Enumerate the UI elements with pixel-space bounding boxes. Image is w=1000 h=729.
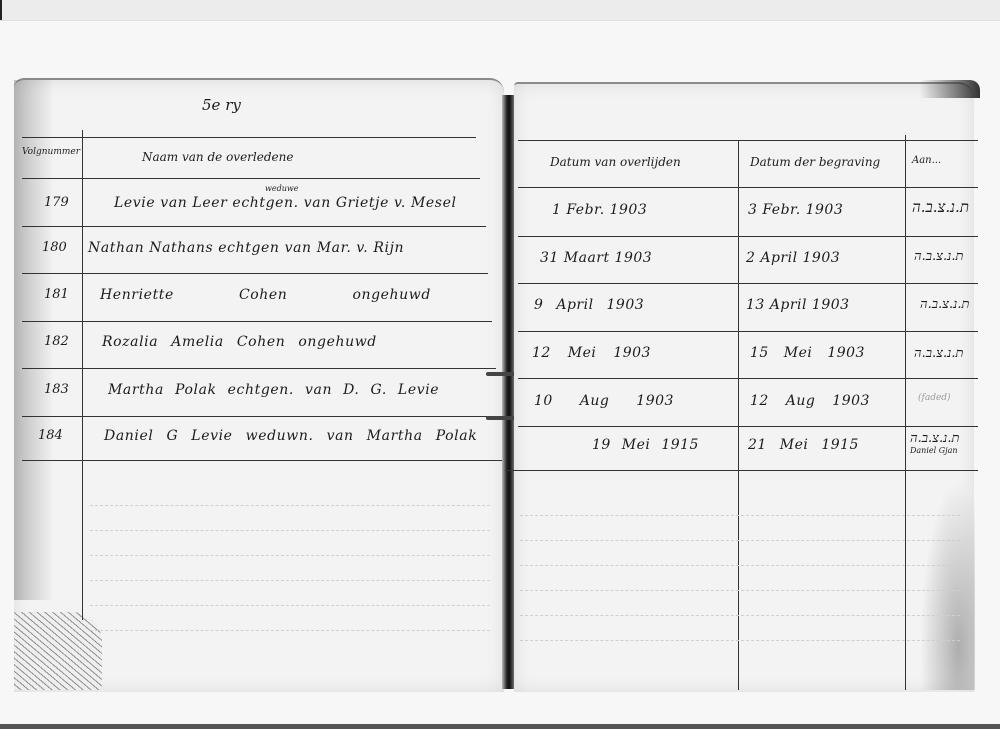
rule [518, 378, 978, 379]
corner-damage [14, 612, 102, 690]
faint-rule [520, 590, 960, 591]
rule [22, 368, 496, 369]
entry-number: 180 [42, 240, 67, 255]
page-stain [920, 480, 975, 690]
entry-number: 183 [44, 382, 69, 397]
rule [518, 426, 978, 427]
rule [22, 273, 488, 274]
faint-rule [90, 530, 490, 531]
entry-name: Henriette Cohen ongehuwd [100, 287, 431, 303]
entry-name: Martha Polak echtgen. van D. G. Levie [108, 382, 439, 398]
faint-rule [90, 555, 490, 556]
scan-bottom-band [0, 724, 1000, 729]
entry-number: 184 [38, 428, 63, 443]
entry-number: 182 [44, 334, 69, 349]
rule [518, 331, 978, 332]
column-header-name: Naam van de overledene [142, 150, 293, 164]
remarks-signature-faded: (faded) [918, 393, 951, 403]
scan-top-band [0, 0, 1000, 21]
entry-name: Nathan Nathans echtgen van Mar. v. Rijn [88, 240, 404, 256]
rule [518, 140, 978, 141]
death-date: 31 Maart 1903 [540, 250, 652, 266]
burial-date: 12 Aug 1903 [750, 393, 870, 409]
faint-rule [90, 605, 490, 606]
rule [518, 187, 978, 188]
burial-date: 15 Mei 1903 [750, 345, 865, 361]
column-divider [905, 135, 906, 690]
rule [22, 460, 502, 461]
remarks-signature: ת.נ.צ.ב.ה Daniel Gjan [910, 430, 959, 455]
rule [22, 416, 498, 417]
column-header-burial-date: Datum der begraving [750, 155, 880, 169]
death-date: 10 Aug 1903 [534, 393, 674, 409]
entry-annotation: weduwe [265, 184, 298, 193]
faint-rule [520, 565, 960, 566]
scan-edge-mark [0, 0, 2, 20]
remarks-signature: ת.נ.צ.ב.ה [912, 198, 969, 217]
death-date: 1 Febr. 1903 [552, 202, 647, 218]
faint-rule [520, 515, 960, 516]
entry-name: Rozalia Amelia Cohen ongehuwd [102, 334, 377, 350]
burial-date: 3 Febr. 1903 [748, 202, 843, 218]
remarks-signature: ת.נ.צ.ב.ה [914, 345, 963, 361]
faint-rule [520, 640, 960, 641]
remarks-signature: ת.נ.צ.ב.ה [920, 296, 969, 312]
remarks-signature-name: Daniel Gjan [910, 446, 959, 455]
remarks-signature: ת.נ.צ.ב.ה [914, 248, 963, 264]
column-divider [738, 140, 739, 690]
faint-rule [90, 580, 490, 581]
rule [22, 321, 492, 322]
rule [22, 226, 486, 227]
column-divider [82, 130, 83, 620]
column-header-remarks: Aan... [912, 155, 941, 166]
faint-rule [90, 505, 490, 506]
rule [22, 178, 480, 179]
entry-name: Daniel G Levie weduwn. van Martha Polak [104, 428, 477, 444]
death-date: 9 April 1903 [534, 297, 644, 313]
faint-rule [90, 630, 490, 631]
rule [505, 470, 978, 471]
faint-rule [520, 540, 960, 541]
faint-rule [520, 615, 960, 616]
burial-date: 13 April 1903 [746, 297, 850, 313]
rule [22, 137, 476, 138]
entry-number: 181 [44, 287, 69, 302]
death-date: 12 Mei 1903 [532, 345, 651, 361]
column-header-number: Volgnummer [22, 147, 80, 158]
burial-date: 21 Mei 1915 [748, 437, 859, 453]
page-marker: 5e ry [202, 96, 241, 114]
rule [518, 283, 978, 284]
column-header-death-date: Datum van overlijden [550, 155, 681, 169]
death-date: 19 Mei 1915 [592, 437, 699, 453]
remarks-signature-text: ת.נ.צ.ב.ה [910, 431, 959, 446]
rule [518, 236, 978, 237]
burial-date: 2 April 1903 [746, 250, 840, 266]
entry-name: Levie van Leer echtgen. van Grietje v. M… [114, 195, 457, 211]
entry-number: 179 [44, 195, 69, 210]
